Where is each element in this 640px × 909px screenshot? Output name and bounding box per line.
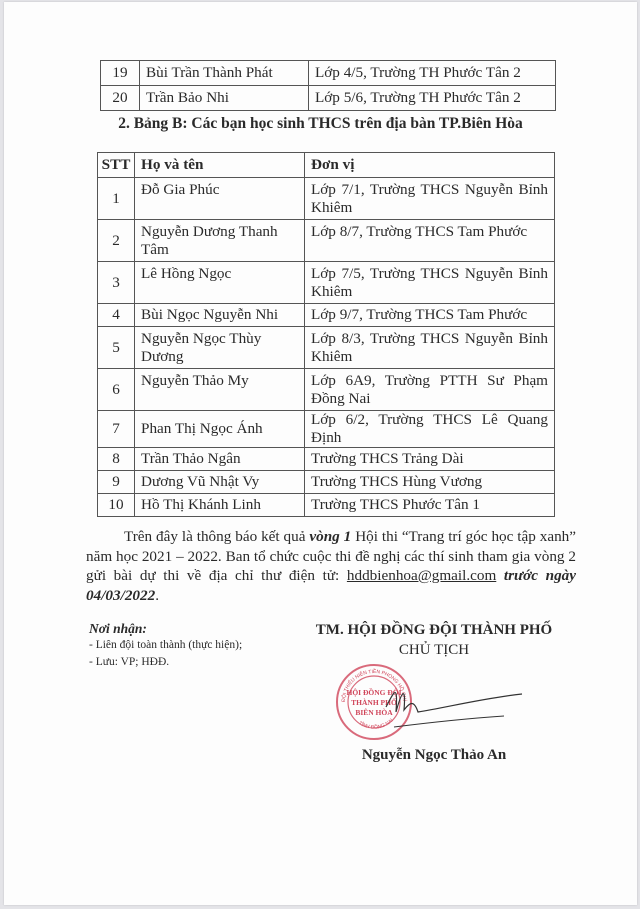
signature-scribble-icon xyxy=(384,672,524,732)
cell-stt: 5 xyxy=(98,327,135,369)
cell-name: Nguyễn Thảo My xyxy=(135,369,305,411)
table-row: 9Dương Vũ Nhật VyTrường THCS Hùng Vương xyxy=(98,471,555,494)
cell-name: Dương Vũ Nhật Vy xyxy=(135,471,305,494)
table-row: 3Lê Hồng NgọcLớp 7/5, Trường THCS Nguyễn… xyxy=(98,262,555,304)
cell-unit: Lớp 6/2, Trường THCS Lê Quang Định xyxy=(305,411,555,448)
cell-name: Bùi Trần Thành Phát xyxy=(140,61,309,86)
recipient-item: - Liên đội toàn thành (thực hiện); xyxy=(89,637,242,654)
table-row: 19Bùi Trần Thành PhátLớp 4/5, Trường TH … xyxy=(101,61,556,86)
document-page: 19Bùi Trần Thành PhátLớp 4/5, Trường TH … xyxy=(4,2,637,905)
cell-unit: Lớp 9/7, Trường THCS Tam Phước xyxy=(305,304,555,327)
announcement-paragraph: Trên đây là thông báo kết quả vòng 1 Hội… xyxy=(86,527,576,605)
cell-unit: Lớp 7/5, Trường THCS Nguyễn Bỉnh Khiêm xyxy=(305,262,555,304)
cell-stt: 1 xyxy=(98,178,135,220)
round-label: vòng 1 xyxy=(309,528,351,545)
signature-block: TM. HỘI ĐỒNG ĐỘI THÀNH PHỐ CHỦ TỊCH xyxy=(304,620,564,660)
cell-unit: Trường THCS Phước Tân 1 xyxy=(305,494,555,517)
cell-name: Hồ Thị Khánh Linh xyxy=(135,494,305,517)
cell-stt: 8 xyxy=(98,448,135,471)
table-b: STT Họ và tên Đơn vị 1Đỗ Gia PhúcLớp 7/1… xyxy=(97,152,555,517)
cell-unit: Trường THCS Hùng Vương xyxy=(305,471,555,494)
table-row: 2Nguyễn Dương Thanh TâmLớp 8/7, Trường T… xyxy=(98,220,555,262)
cell-stt: 19 xyxy=(101,61,140,86)
cell-unit: Lớp 5/6, Trường TH Phước Tân 2 xyxy=(309,86,556,111)
cell-stt: 20 xyxy=(101,86,140,111)
header-name: Họ và tên xyxy=(135,153,305,178)
email-link[interactable]: hddbienhoa@gmail.com xyxy=(347,567,496,584)
cell-unit: Lớp 8/3, Trường THCS Nguyễn Bỉnh Khiêm xyxy=(305,327,555,369)
table-header-row: STT Họ và tên Đơn vị xyxy=(98,153,555,178)
table-a-continuation: 19Bùi Trần Thành PhátLớp 4/5, Trường TH … xyxy=(100,60,556,111)
cell-name: Trần Thảo Ngân xyxy=(135,448,305,471)
cell-unit: Lớp 8/7, Trường THCS Tam Phước xyxy=(305,220,555,262)
cell-unit: Lớp 6A9, Trường PTTH Sư Phạm Đồng Nai xyxy=(305,369,555,411)
cell-name: Trần Bảo Nhi xyxy=(140,86,309,111)
cell-stt: 9 xyxy=(98,471,135,494)
table-row: 1Đỗ Gia PhúcLớp 7/1, Trường THCS Nguyễn … xyxy=(98,178,555,220)
table-row: 6Nguyễn Thảo MyLớp 6A9, Trường PTTH Sư P… xyxy=(98,369,555,411)
signer-name: Nguyễn Ngọc Thảo An xyxy=(334,747,534,764)
cell-stt: 2 xyxy=(98,220,135,262)
cell-name: Nguyễn Dương Thanh Tâm xyxy=(135,220,305,262)
cell-name: Bùi Ngọc Nguyễn Nhi xyxy=(135,304,305,327)
cell-name: Nguyễn Ngọc Thùy Dương xyxy=(135,327,305,369)
recipient-item: - Lưu: VP; HĐĐ. xyxy=(89,654,242,671)
cell-unit: Trường THCS Trảng Dài xyxy=(305,448,555,471)
recipients-label: Nơi nhận: xyxy=(89,620,242,637)
table-row: 10Hồ Thị Khánh LinhTrường THCS Phước Tân… xyxy=(98,494,555,517)
paragraph-text: Trên đây là thông báo kết quả xyxy=(124,528,309,545)
cell-stt: 4 xyxy=(98,304,135,327)
cell-name: Lê Hồng Ngọc xyxy=(135,262,305,304)
table-row: 8Trần Thảo NgânTrường THCS Trảng Dài xyxy=(98,448,555,471)
cell-unit: Lớp 7/1, Trường THCS Nguyễn Bỉnh Khiêm xyxy=(305,178,555,220)
table-row: 5Nguyễn Ngọc Thùy DươngLớp 8/3, Trường T… xyxy=(98,327,555,369)
cell-name: Phan Thị Ngọc Ánh xyxy=(135,411,305,448)
cell-stt: 7 xyxy=(98,411,135,448)
recipients-block: Nơi nhận: - Liên đội toàn thành (thực hi… xyxy=(89,620,242,671)
cell-stt: 3 xyxy=(98,262,135,304)
cell-name: Đỗ Gia Phúc xyxy=(135,178,305,220)
org-name: TM. HỘI ĐỒNG ĐỘI THÀNH PHỐ xyxy=(304,620,564,640)
table-row: 20Trần Bảo NhiLớp 5/6, Trường TH Phước T… xyxy=(101,86,556,111)
cell-unit: Lớp 4/5, Trường TH Phước Tân 2 xyxy=(309,61,556,86)
table-row: 4Bùi Ngọc Nguyễn NhiLớp 9/7, Trường THCS… xyxy=(98,304,555,327)
paragraph-end: . xyxy=(155,587,159,604)
section-b-title: 2. Bảng B: Các bạn học sinh THCS trên đị… xyxy=(4,115,637,133)
header-unit: Đơn vị xyxy=(305,153,555,178)
header-stt: STT xyxy=(98,153,135,178)
cell-stt: 6 xyxy=(98,369,135,411)
cell-stt: 10 xyxy=(98,494,135,517)
table-row: 7Phan Thị Ngọc ÁnhLớp 6/2, Trường THCS L… xyxy=(98,411,555,448)
signer-title: CHỦ TỊCH xyxy=(304,640,564,660)
